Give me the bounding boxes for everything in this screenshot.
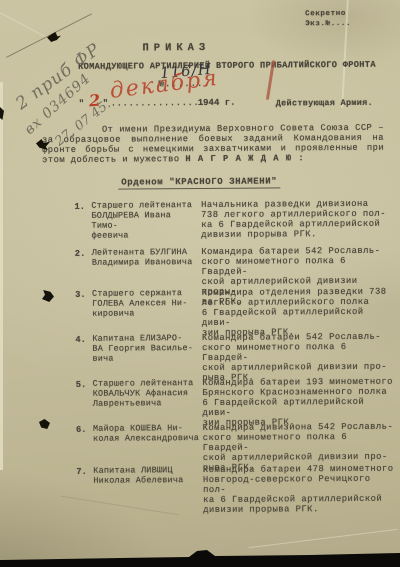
order-issuer: КОМАНДУЮЩЕГО АРТИЛЛЕРИЕЙ ВТОРОГО ПРИБАЛТ… — [60, 60, 393, 72]
copy-number-label: Экз.№.... — [305, 19, 351, 29]
awardee-row: 7.Капитана ЛИВШИЦ Николая АбелевичаКоман… — [76, 465, 398, 517]
awardee-number: 4. — [75, 335, 92, 385]
date-open-quote: " — [79, 99, 84, 109]
award-word: Н А Г Р А Ж Д А Ю : — [185, 153, 304, 164]
awardee-position: Командира батареи 478 минометного Новгор… — [203, 465, 399, 516]
paper-sheet: Секретно Экз.№.... ПРИКАЗ КОМАНДУЮЩЕГО А… — [0, 0, 400, 567]
order-title: ПРИКАЗ — [0, 41, 354, 55]
awardee-number: 7. — [76, 467, 93, 517]
awardee-name: Старшего сержанта ГОЛЕВА Алексея Ни- кир… — [92, 289, 200, 339]
secrecy-stamp: Секретно Экз.№.... — [305, 9, 351, 29]
awardee-number: 5. — [76, 380, 93, 430]
awardee-name: Капитана ЕЛИЗАРО- ВА Георгия Василье- ви… — [92, 334, 200, 384]
scanned-order-page: Секретно Экз.№.... ПРИКАЗ КОМАНДУЮЩЕГО А… — [0, 0, 400, 567]
awardee-name: Старшего лейтенанта БОЛДЫРЕВА Ивана Тимо… — [91, 201, 199, 241]
awardee-list: 1.Старшего лейтенанта БОЛДЫРЕВА Ивана Ти… — [0, 0, 398, 1]
preamble: От имени Президиума Верховного Совета Со… — [42, 123, 384, 165]
army-note: Действующая Армия. — [276, 98, 373, 109]
secret-label: Секретно — [305, 9, 351, 19]
awardee-name: Старшего лейтенанта КОВАЛЬЧУК Афанасия Л… — [93, 379, 201, 429]
handwritten-day: 2 — [88, 91, 100, 111]
awardee-row: 1.Старшего лейтенанта БОЛДЫРЕВА Ивана Ти… — [74, 200, 396, 242]
awardee-number: 3. — [75, 290, 92, 340]
awardee-name: Капитана ЛИВШИЦ Николая Абелевича — [93, 466, 201, 516]
awardee-position: Начальника разведки дивизиона 738 легког… — [201, 200, 397, 241]
date-year: 1944 г. — [198, 98, 236, 108]
section-heading: Орденом "КРАСНОГО ЗНАМЕНИ" — [0, 176, 399, 189]
awardee-number: 1. — [74, 202, 91, 242]
